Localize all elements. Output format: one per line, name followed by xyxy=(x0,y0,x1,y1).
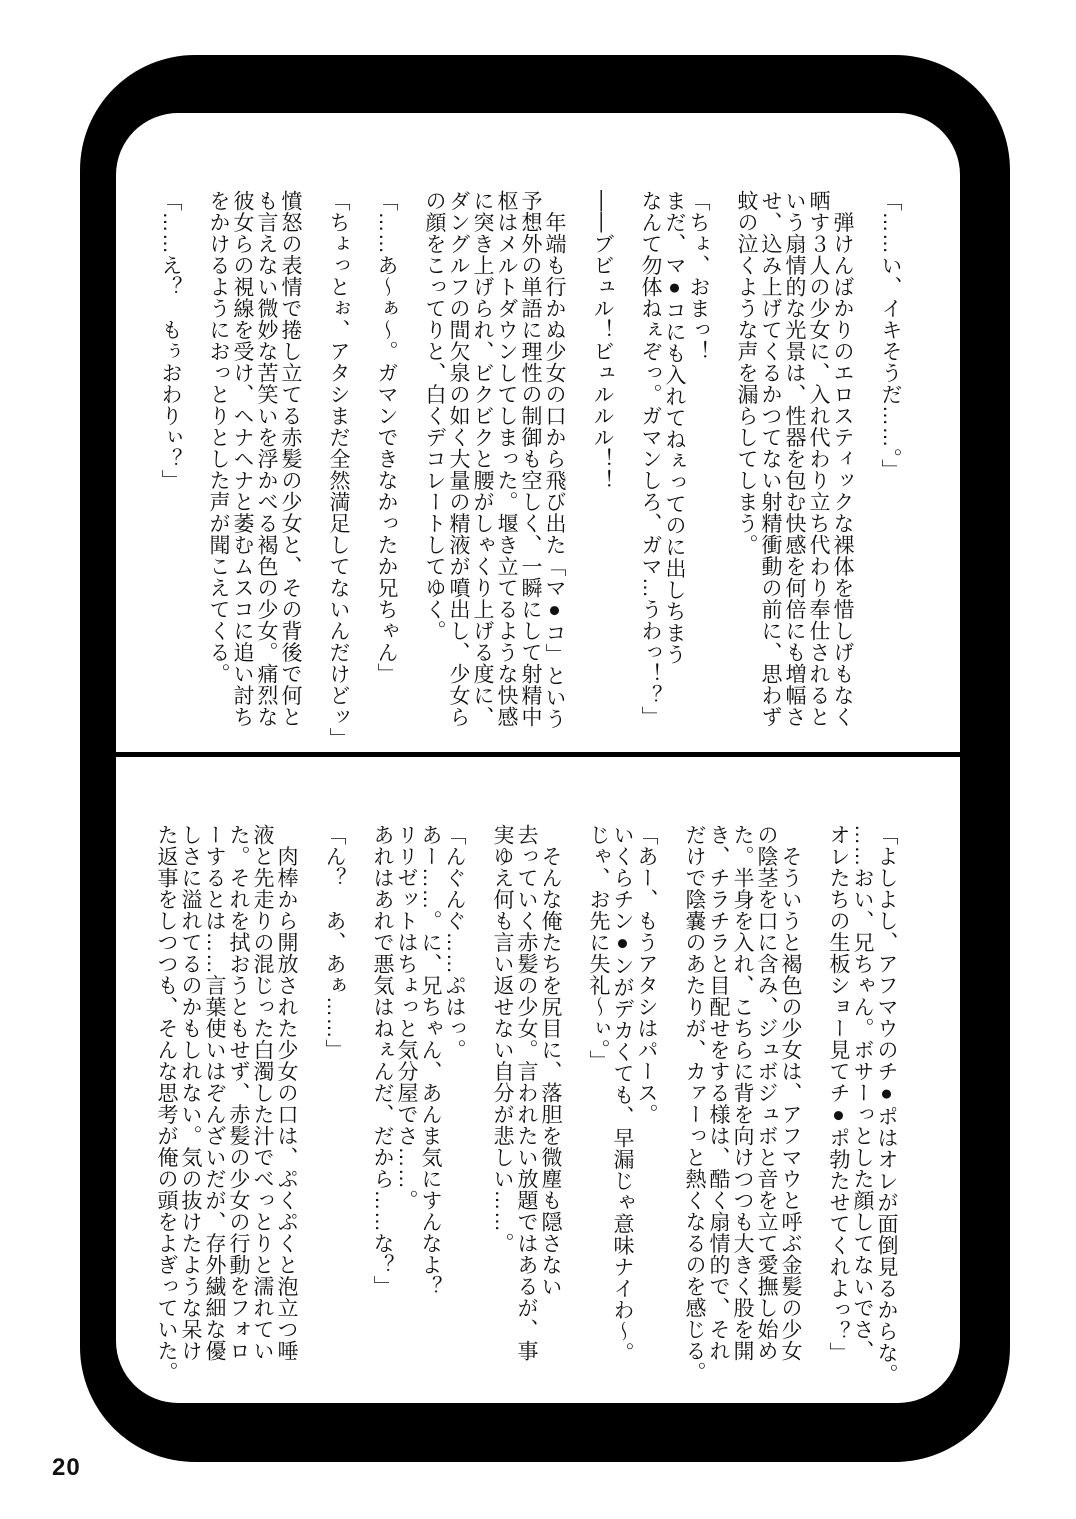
text-column: をかけるようにおっとりとした声が聞こえてくる。 xyxy=(206,190,230,756)
text-column: そういうと褐色の少女は、アフマウと呼ぶ金髪の少女 xyxy=(778,824,802,1394)
text-column: いう扇情的な光景は、性器を包む快感を何倍にも増幅さ xyxy=(782,190,806,756)
text-column: ……おい、兄ちゃん。ボサーっとした顔してないでさ、 xyxy=(850,824,874,1394)
page-number: 20 xyxy=(52,1454,81,1482)
paragraph: そういうと褐色の少女は、アフマウと呼ぶ金髪の少女の陰茎を口に含み、ジュボジュボと… xyxy=(682,824,802,1394)
paragraph: ――ブビュル！ビュルルル！！ xyxy=(590,190,614,756)
text-column: しさに溢れてるのかもしれない。気の抜けたような呆け xyxy=(178,824,202,1394)
text-column: の陰茎を口に含み、ジュボジュボと音を立て愛撫し始め xyxy=(754,824,778,1394)
text-column: 「……い、イキそうだ……。」 xyxy=(878,190,902,756)
text-column: 「よしよし、アフマウのチ●ポはオレが面倒見るからな。 xyxy=(874,824,898,1394)
text-column: の顔をこってりと、白くデコレートしてゆく。 xyxy=(422,190,446,756)
text-column: 弾けんばかりのエロスティックな裸体を惜しげもなく xyxy=(830,190,854,756)
doujinshi-page: 「……い、イキそうだ……。」 弾けんばかりのエロスティックな裸体を惜しげもなく晒… xyxy=(0,0,1076,1519)
text-column: 「ちょ、おまっ！ xyxy=(686,190,710,756)
paragraph: 「よしよし、アフマウのチ●ポはオレが面倒見るからな。……おい、兄ちゃん。ボサーっ… xyxy=(826,824,898,1394)
text-panel-bottom: 「よしよし、アフマウのチ●ポはオレが面倒見るからな。……おい、兄ちゃん。ボサーっ… xyxy=(152,824,898,1394)
text-column: 年端も行かぬ少女の口から飛び出た「マ●コ」という xyxy=(542,190,566,756)
text-column: 晒す３人の少女に、入れ代わり立ち代わり奉仕されると xyxy=(806,190,830,756)
paragraph: 憤怒の表情で捲し立てる赤髪の少女と、その背後で何とも言えない微妙な苦笑いを浮かべ… xyxy=(206,190,302,756)
text-column: まだ、マ●コにも入れてねぇってのに出しちまう xyxy=(662,190,686,756)
text-column: あー……。に、兄ちゃん、あんま気にすんなよ？ xyxy=(418,824,442,1394)
paragraph: 「……あ～ぁ～。ガマンできなかったか兄ちゃん」 xyxy=(374,190,398,756)
paragraph: 「んぐんぐ……ぷはっ。あー……。に、兄ちゃん、あんま気にすんなよ？リリゼットはち… xyxy=(370,824,466,1394)
text-column: 蚊の泣くような声を漏らしてしまう。 xyxy=(734,190,758,756)
paragraph: 「……い、イキそうだ……。」 xyxy=(878,190,902,756)
text-column: じゃ、お先に失礼～ぃ。」 xyxy=(586,824,610,1394)
paragraph: そんな俺たちを尻目に、落胆を微塵も隠さない去っていく赤髪の少女。言われたい放題で… xyxy=(490,824,562,1394)
text-column: ーするとは……言葉使いはぞんざいだが、存外繊細な優 xyxy=(202,824,226,1394)
text-column: も言えない微妙な苦笑いを浮かべる褐色の少女。痛烈な xyxy=(254,190,278,756)
text-column: なんて勿体ねぇぞっ。ガマンしろ、ガマ…うわっ！？」 xyxy=(638,190,662,756)
text-column: 予想外の単語に理性の制御も空しく、一瞬にして射精中 xyxy=(518,190,542,756)
text-column: 「……え？ もぅおわりぃ？」 xyxy=(158,190,182,756)
text-column: 去っていく赤髪の少女。言われたい放題ではあるが、事 xyxy=(514,824,538,1394)
text-column: だけで陰嚢のあたりが、カァーっと熱くなるのを感じる。 xyxy=(682,824,706,1394)
paragraph: 「ちょっとぉ、アタシまだ全然満足してないんだけどッ」 xyxy=(326,190,350,756)
paragraph: 「ん？ あ、あぁ……」 xyxy=(322,824,346,1394)
paragraph: 「あー、もうアタシはパース。いくらチン●ンがデカくても、早漏じゃ意味ナイわ～。じ… xyxy=(586,824,658,1394)
text-column: 彼女らの視線を受け、ヘナヘナと萎むムスコに追い討ち xyxy=(230,190,254,756)
text-column: た。それを拭おうともせず、赤髪の少女の行動をフォロ xyxy=(226,824,250,1394)
text-column: 「……あ～ぁ～。ガマンできなかったか兄ちゃん」 xyxy=(374,190,398,756)
text-column: 肉棒から開放された少女の口は、ぷくぷくと泡立つ唾 xyxy=(274,824,298,1394)
paragraph: 弾けんばかりのエロスティックな裸体を惜しげもなく晒す３人の少女に、入れ代わり立ち… xyxy=(734,190,854,756)
paragraph: 肉棒から開放された少女の口は、ぷくぷくと泡立つ唾液と先走りの混じった白濁した汁で… xyxy=(154,824,298,1394)
text-column: せ、込み上げてくるかつてない射精衝動の前に、思わず xyxy=(758,190,782,756)
text-column: オレたちの生板ショー見てチ●ポ勃たせてくれよっ？」 xyxy=(826,824,850,1394)
text-column: 実ゆえ何も言い返せない自分が悲しい……。 xyxy=(490,824,514,1394)
text-column: に突き上げられ、ビクビクと腰がしゃくり上げる度に、 xyxy=(470,190,494,756)
paragraph: 「……え？ もぅおわりぃ？」 xyxy=(158,190,182,756)
text-column: 「んぐんぐ……ぷはっ。 xyxy=(442,824,466,1394)
text-column: ダングルフの間欠泉の如く大量の精液が噴出し、少女ら xyxy=(446,190,470,756)
text-column: き、チラチラと目配せをする様は、酷く扇情的で、それ xyxy=(706,824,730,1394)
text-column: 「ん？ あ、あぁ……」 xyxy=(322,824,346,1394)
text-column: 憤怒の表情で捲し立てる赤髪の少女と、その背後で何と xyxy=(278,190,302,756)
text-column: あれはあれで悪気はねぇんだ、だから……な？」 xyxy=(370,824,394,1394)
paragraph: 年端も行かぬ少女の口から飛び出た「マ●コ」という予想外の単語に理性の制御も空しく… xyxy=(422,190,566,756)
text-column: た。半身を入れ、こちらに背を向けつつも大きく股を開 xyxy=(730,824,754,1394)
text-column: 液と先走りの混じった白濁した汁でべっとりと濡れてい xyxy=(250,824,274,1394)
text-column: そんな俺たちを尻目に、落胆を微塵も隠さない xyxy=(538,824,562,1394)
text-panel-top: 「……い、イキそうだ……。」 弾けんばかりのエロスティックな裸体を惜しげもなく晒… xyxy=(156,190,902,756)
text-column: 「あー、もうアタシはパース。 xyxy=(634,824,658,1394)
paragraph: 「ちょ、おまっ！まだ、マ●コにも入れてねぇってのに出しちまうなんて勿体ねぇぞっ。… xyxy=(638,190,710,756)
text-column: リリゼットはちょっと気分屋でさ……。 xyxy=(394,824,418,1394)
text-column: いくらチン●ンがデカくても、早漏じゃ意味ナイわ～。 xyxy=(610,824,634,1394)
text-column: ――ブビュル！ビュルルル！！ xyxy=(590,190,614,756)
text-column: た返事をしつつも、そんな思考が俺の頭をよぎっていた。 xyxy=(154,824,178,1394)
text-column: 枢はメルトダウンしてしまった。堰き立てるような快感 xyxy=(494,190,518,756)
text-column: 「ちょっとぉ、アタシまだ全然満足してないんだけどッ」 xyxy=(326,190,350,756)
